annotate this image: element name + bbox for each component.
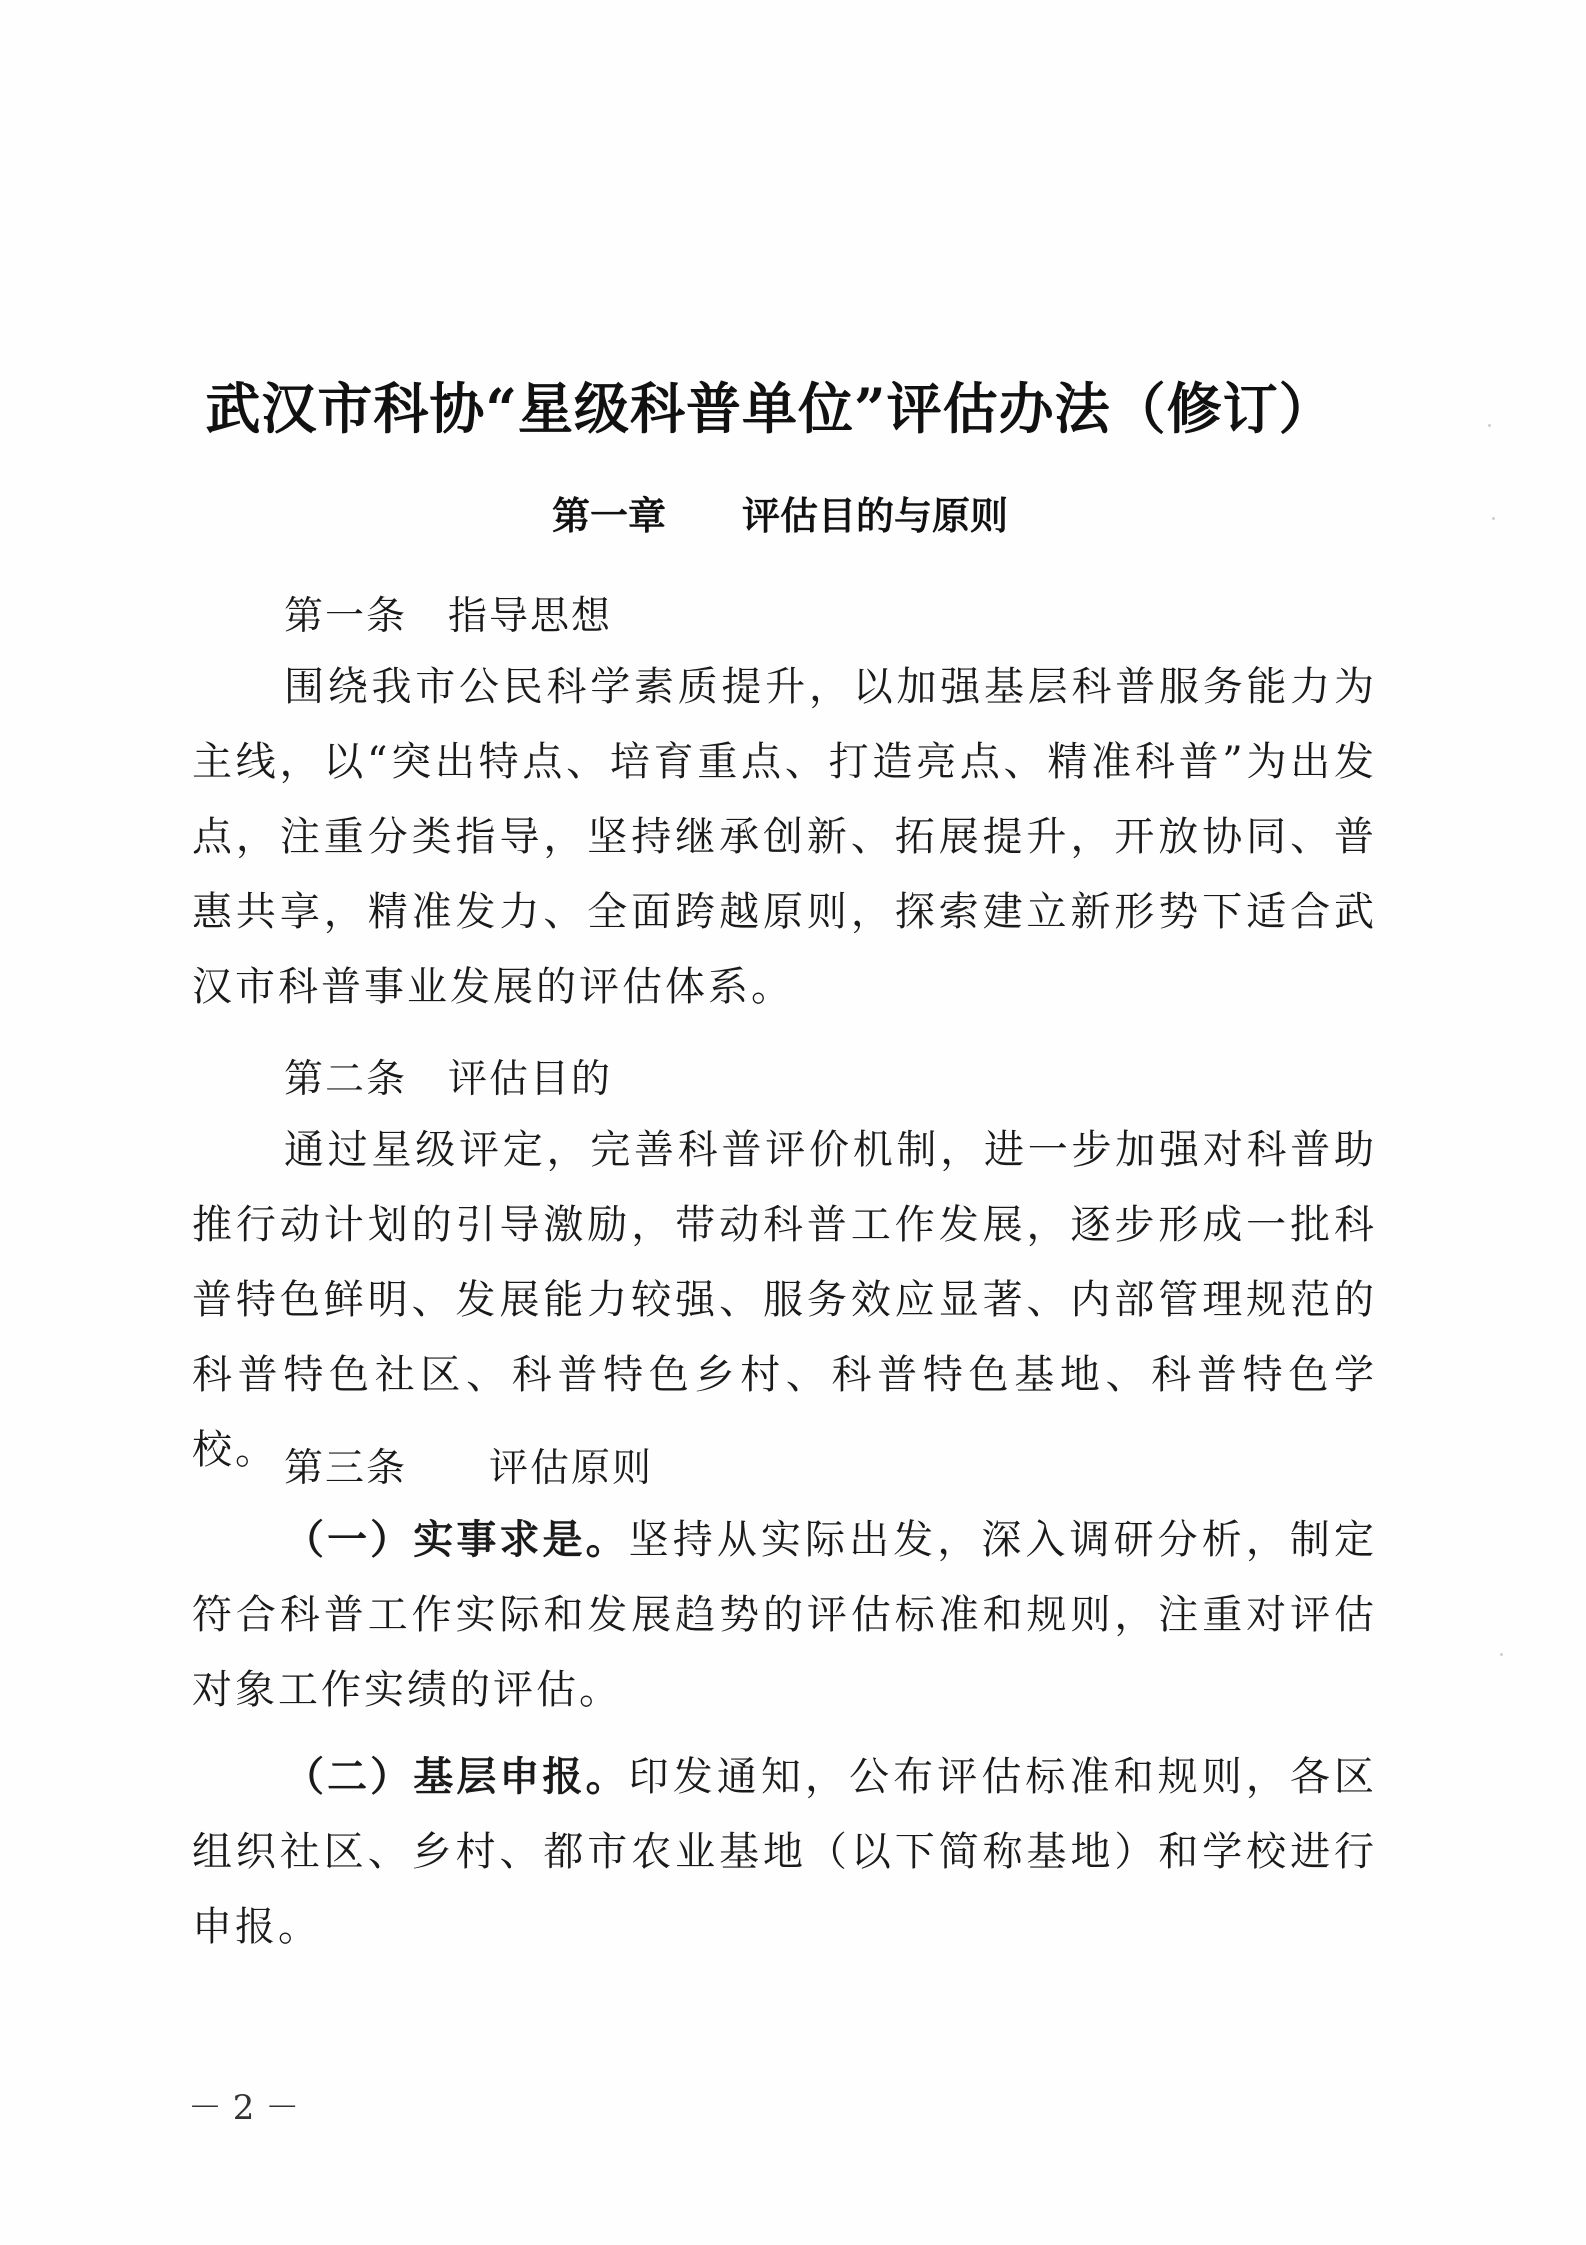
chapter-heading: 第一章 评估目的与原则 [180, 485, 1380, 540]
scan-artifact [1492, 517, 1495, 520]
page-number: － 2 － [188, 2080, 299, 2129]
article-3-paragraph-2: （二）基层申报。印发通知，公布评估标准和规则，各区组织社区、乡村、都市农业基地（… [192, 1740, 1377, 1965]
article-1-paragraph: 围绕我市公民科学素质提升，以加强基层科普服务能力为主线，以“突出特点、培育重点、… [192, 650, 1377, 1025]
paragraph-text: 围绕我市公民科学素质提升，以加强基层科普服务能力为主线，以“突出特点、培育重点、… [192, 664, 1377, 1010]
article-3-paragraph-1: （一）实事求是。坚持从实际出发，深入调研分析，制定符合科普工作实际和发展趋势的评… [192, 1503, 1377, 1728]
paragraph-lead: （一）实事求是。 [284, 1517, 629, 1563]
document-title: 武汉市科协“星级科普单位”评估办法（修订） [150, 365, 1390, 444]
paragraph-text: 通过星级评定，完善科普评价机制，进一步加强对科普助推行动计划的引导激励，带动科普… [192, 1127, 1377, 1473]
document-page: 武汉市科协“星级科普单位”评估办法（修订） 第一章 评估目的与原则 第一条 指导… [0, 0, 1586, 2245]
paragraph-lead: （二）基层申报。 [284, 1754, 629, 1800]
article-1-heading: 第一条 指导思想 [284, 585, 612, 641]
scan-artifact [1488, 424, 1491, 427]
article-3-heading: 第三条 评估原则 [284, 1437, 653, 1493]
article-2-paragraph: 通过星级评定，完善科普评价机制，进一步加强对科普助推行动计划的引导激励，带动科普… [192, 1113, 1377, 1488]
article-2-heading: 第二条 评估目的 [284, 1048, 612, 1104]
scan-artifact [1500, 1653, 1503, 1656]
